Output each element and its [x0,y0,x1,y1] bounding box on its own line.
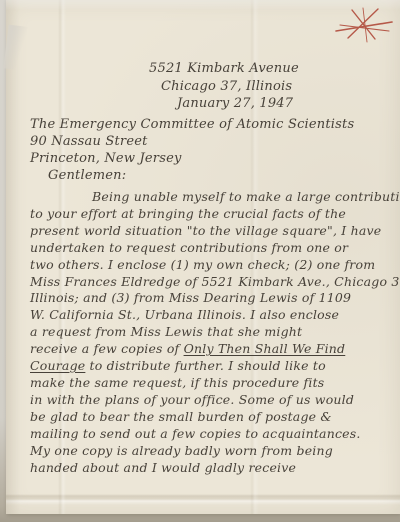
letter-body-line: W. California St., Urbana Illinois. I al… [30,307,386,324]
letter-body-line: in with the plans of your office. Some o… [30,392,386,409]
sender-city-line: Chicago 37, Illinois [161,78,299,96]
red-asterisk-mark [334,6,396,46]
letter-body-line: Illinois; and (3) from Miss Dearing Lewi… [30,290,386,307]
letter-body-line: a request from Miss Lewis that she might [30,324,386,341]
underlined-title: Only Then Shall We Find [184,341,346,356]
salutation: Gentlemen: [48,168,126,183]
recipient-name-line: The Emergency Committee of Atomic Scient… [30,116,354,133]
letter-body-line: be glad to bear the small burden of post… [30,409,386,426]
sender-address-line: 5521 Kimbark Avenue [149,60,299,78]
letter-body-line: receive a few copies of Only Then Shall … [30,341,386,358]
underlined-title: Courage [30,358,85,373]
letter-body-line: to your effort at bringing the crucial f… [30,206,386,223]
letter-body-line: Miss Frances Eldredge of 5521 Kimbark Av… [30,274,386,291]
recipient-address-block: The Emergency Committee of Atomic Scient… [30,116,354,167]
letter-body-line: present world situation "to the village … [30,223,386,240]
sender-address-block: 5521 Kimbark Avenue Chicago 37, Illinois… [149,60,299,113]
letter-body-line: two others. I enclose (1) my own check; … [30,257,386,274]
letter-body-line: handed about and I would gladly receive [30,460,386,477]
recipient-city-line: Princeton, New Jersey [30,150,354,167]
letter-body-line: undertaken to request contributions from… [30,240,386,257]
letter-body-line: mailing to send out a few copies to acqu… [30,426,386,443]
letter-paper: 5521 Kimbark Avenue Chicago 37, Illinois… [6,0,400,514]
letter-body: Being unable myself to make a large cont… [30,189,386,476]
torn-edge-notch [3,25,34,72]
recipient-street-line: 90 Nassau Street [30,133,354,150]
letter-body-line: Courage to distribute further. I should … [30,358,386,375]
letter-date: January 27, 1947 [177,95,299,113]
letter-body-line: Being unable myself to make a large cont… [30,189,386,206]
letter-body-line: make the same request, if this procedure… [30,375,386,392]
scan-background: 5521 Kimbark Avenue Chicago 37, Illinois… [0,0,400,522]
letter-body-line: My one copy is already badly worn from b… [30,443,386,460]
